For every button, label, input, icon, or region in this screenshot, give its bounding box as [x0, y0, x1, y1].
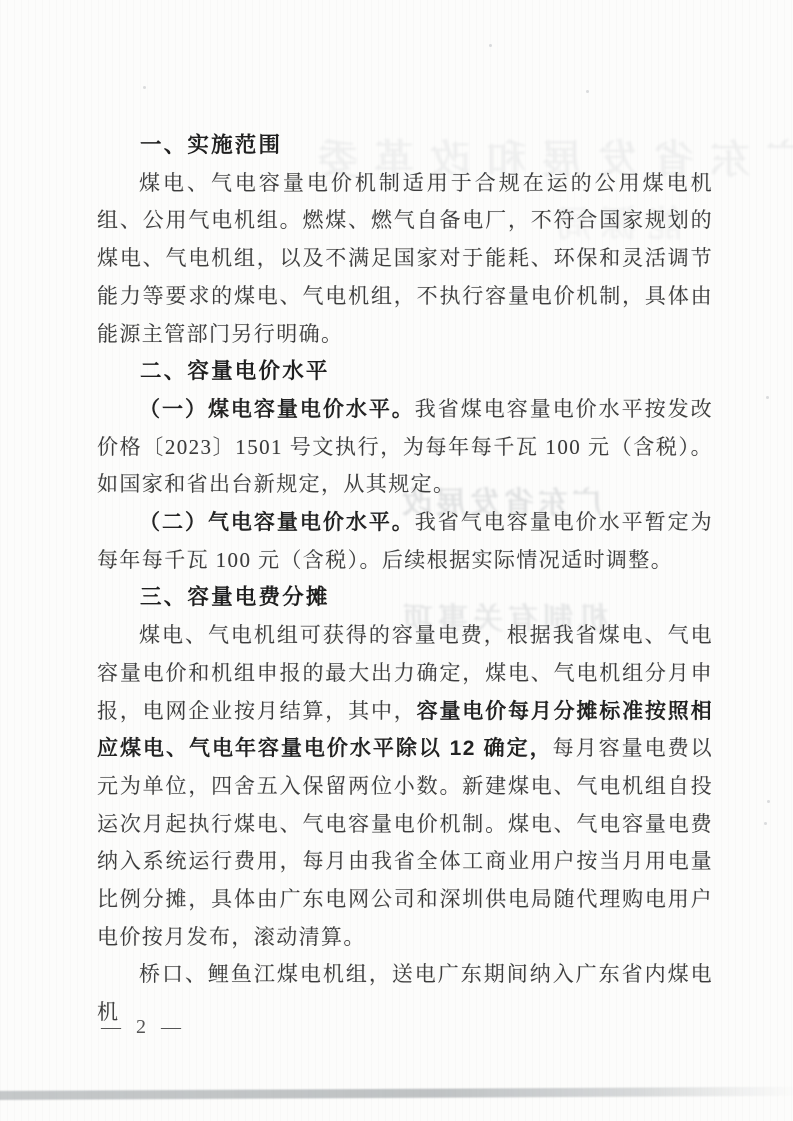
- scan-shadow-band: [0, 1087, 793, 1100]
- paragraph-text: 每月容量电费以元为单位，四舍五入保留两位小数。新建煤电、气电机组自投运次月起执行…: [97, 736, 713, 949]
- paragraph-lead-bold: （二）气电容量电价水平。: [139, 511, 415, 534]
- paragraph-qiaokou-units: 桥口、鲤鱼江煤电机组，送电广东期间纳入广东省内煤电机: [97, 956, 713, 1031]
- paragraph-text: 桥口、鲤鱼江煤电机组，送电广东期间纳入广东省内煤电机: [97, 962, 713, 1024]
- scan-speck: [766, 396, 769, 399]
- section-heading-1: 一、实施范围: [97, 127, 713, 165]
- paragraph-gas-price: （二）气电容量电价水平。我省气电容量电价水平暂定为每年每千瓦 100 元（含税）…: [97, 504, 713, 579]
- section-heading-3: 三、容量电费分摊: [97, 579, 713, 617]
- paragraph-lead-bold: （一）煤电容量电价水平。: [139, 398, 415, 421]
- scanned-document-page: 广东省发展和改革委 能源局 广东省发展改 机制有关事项 一、实施范围 煤电、气电…: [0, 0, 793, 1121]
- page-number: — 2 —: [101, 1016, 186, 1039]
- section-heading-2: 二、容量电价水平: [97, 353, 713, 391]
- paragraph-coal-price: （一）煤电容量电价水平。我省煤电容量电价水平按发改价格〔2023〕1501 号文…: [97, 391, 713, 504]
- document-body: 一、实施范围 煤电、气电容量电价机制适用于合规在运的公用煤电机组、公用气电机组。…: [97, 127, 713, 1032]
- scan-speck: [489, 44, 492, 47]
- paragraph-text: 煤电、气电容量电价机制适用于合规在运的公用煤电机组、公用气电机组。燃煤、燃气自备…: [97, 171, 713, 346]
- scan-speck: [764, 822, 767, 825]
- scan-speck: [143, 86, 146, 89]
- paragraph-scope: 煤电、气电容量电价机制适用于合规在运的公用煤电机组、公用气电机组。燃煤、燃气自备…: [97, 165, 713, 354]
- scan-speck: [767, 800, 770, 803]
- scan-speck: [586, 90, 589, 93]
- paragraph-fee-allocation: 煤电、气电机组可获得的容量电费，根据我省煤电、气电容量电价和机组申报的最大出力确…: [97, 617, 713, 956]
